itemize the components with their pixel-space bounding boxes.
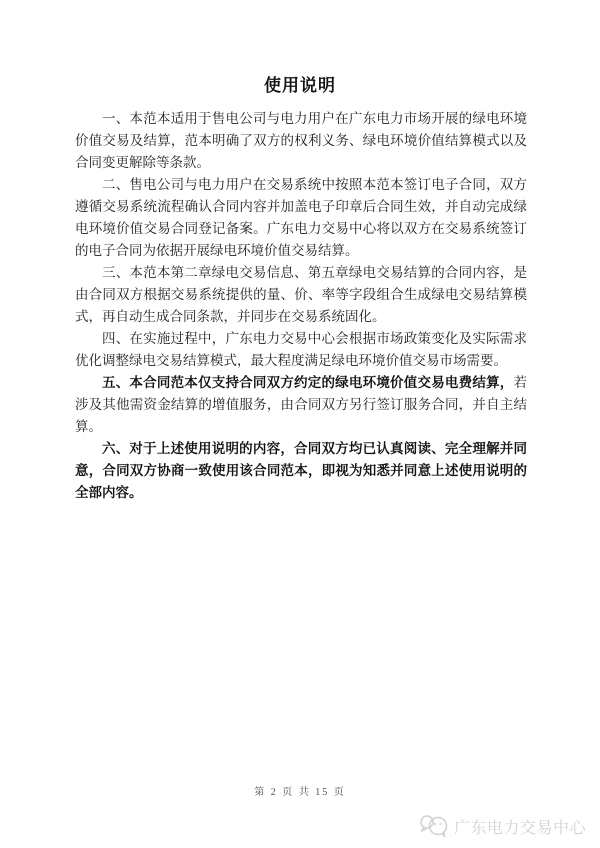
paragraph-2: 二、售电公司与电力用户在交易系统中按照本范本签订电子合同，双方遵循交易系统流程确… (75, 174, 527, 262)
document-body: 一、本范本适用于售电公司与电力用户在广东电力市场开展的绿电环境价值交易及结算，范… (75, 108, 527, 504)
page-title: 使用说明 (0, 0, 600, 96)
org-logo: 广东电力交易中心 (418, 812, 586, 840)
paragraph-text: 三、本范本第二章绿电交易信息、第五章绿电交易结算的合同内容，是由合同双方根据交易… (75, 265, 527, 324)
paragraph-4: 四、在实施过程中，广东电力交易中心会根据市场政策变化及实际需求优化调整绿电交易结… (75, 328, 527, 372)
paragraph-text: 一、本范本适用于售电公司与电力用户在广东电力市场开展的绿电环境价值交易及结算，范… (75, 111, 527, 170)
paragraph-text: 二、售电公司与电力用户在交易系统中按照本范本签订电子合同，双方遵循交易系统流程确… (75, 177, 527, 258)
gpec-logo-icon (418, 812, 450, 840)
document-page: 使用说明 一、本范本适用于售电公司与电力用户在广东电力市场开展的绿电环境价值交易… (0, 0, 600, 848)
paragraph-text: 四、在实施过程中，广东电力交易中心会根据市场政策变化及实际需求优化调整绿电交易结… (75, 331, 527, 368)
paragraph-text-bold: 五、本合同范本仅支持合同双方约定的绿电环境价值交易电费结算， (102, 375, 514, 390)
paragraph-3: 三、本范本第二章绿电交易信息、第五章绿电交易结算的合同内容，是由合同双方根据交易… (75, 262, 527, 328)
paragraph-text-bold: 六、对于上述使用说明的内容，合同双方均已认真阅读、完全理解并同意，合同双方协商一… (75, 441, 527, 500)
paragraph-5: 五、本合同范本仅支持合同双方约定的绿电环境价值交易电费结算，若涉及其他需资金结算… (75, 372, 527, 438)
paragraph-6: 六、对于上述使用说明的内容，合同双方均已认真阅读、完全理解并同意，合同双方协商一… (75, 438, 527, 504)
org-logo-text: 广东电力交易中心 (454, 815, 586, 838)
paragraph-1: 一、本范本适用于售电公司与电力用户在广东电力市场开展的绿电环境价值交易及结算，范… (75, 108, 527, 174)
page-number: 第 2 页 共 15 页 (0, 783, 600, 798)
